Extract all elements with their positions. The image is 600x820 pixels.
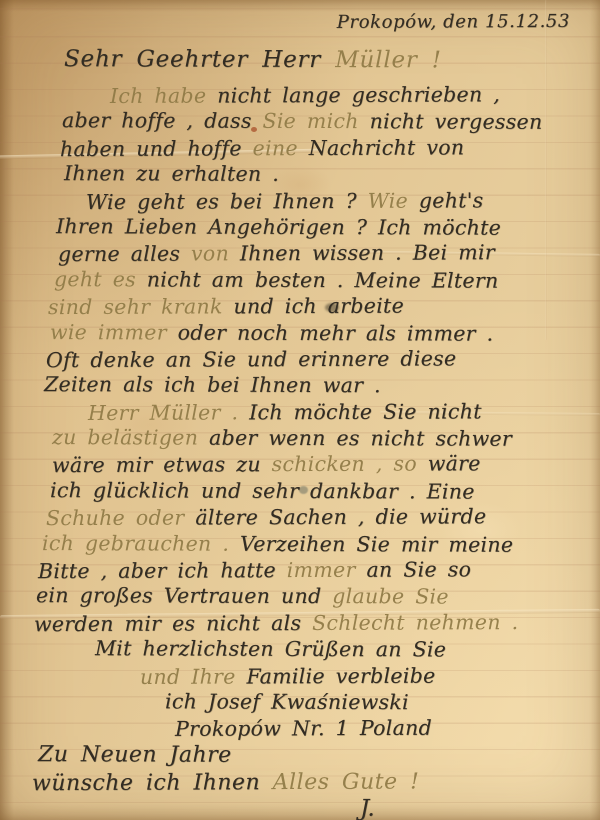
- letter-text-segment: Schuhe oder: [46, 506, 195, 531]
- letter-text-segment: Schlecht nehmen .: [312, 610, 518, 635]
- letter-line: Mit herzlichsten Grüßen an Sie: [95, 635, 570, 663]
- letter-line: ich gebrauchen . Verzeihen Sie mir meine: [42, 530, 570, 558]
- letter-text-segment: werden mir es nicht als: [34, 611, 312, 636]
- letter-text-segment: Sehr Geehrter Herr: [64, 46, 335, 73]
- letter-line: und Ihre Familie verbleibe: [140, 662, 570, 690]
- letter-text-segment: nicht lange geschrieben ,: [217, 82, 500, 107]
- letter-text-segment: wünsche ich Ihnen: [32, 770, 273, 796]
- salutation-line: Sehr Geehrter Herr Müller !: [64, 37, 570, 83]
- letter-text-segment: ich glücklich und sehr dankbar . Eine: [50, 478, 475, 503]
- letter-line: zu belästigen aber wenn es nicht schwer: [52, 424, 570, 452]
- letter-line: werden mir es nicht als Schlecht nehmen …: [34, 609, 570, 638]
- letter-line: haben und hoffe eine Nachricht von: [60, 134, 570, 163]
- postscript-line: Zu Neuen Jahre: [38, 741, 570, 770]
- letter-text-segment: nicht vergessen: [359, 110, 543, 135]
- letter-line: ich Josef Kwaśniewski: [165, 688, 570, 716]
- letter-text-segment: Ich möchte Sie nicht: [249, 399, 482, 424]
- letter-text-segment: Zu Neuen Jahre: [38, 742, 232, 768]
- letter-line: Zeiten als ich bei Ihnen war .: [44, 371, 570, 399]
- letter-text-segment: ältere Sachen , die würde: [195, 504, 486, 529]
- letter-text-segment: Nachricht von: [309, 135, 465, 160]
- letter-text-segment: aber hoffe , dass: [62, 109, 263, 134]
- letter-text-segment: an Sie so: [366, 557, 471, 581]
- letter-text-segment: immer: [287, 558, 367, 582]
- letter-text-segment: haben und hoffe: [60, 136, 253, 161]
- letter-text-segment: wäre: [428, 452, 481, 476]
- letter-text-segment: Herr Müller .: [88, 400, 249, 425]
- letter-line: Bitte , aber ich hatte immer an Sie so: [38, 556, 570, 585]
- letter-text-segment: Verzeihen Sie mir meine: [240, 531, 513, 556]
- letter-text-segment: schicken , so: [272, 452, 428, 477]
- letter-line: sind sehr krank und ich arbeite: [48, 292, 570, 321]
- letter-text-segment: Ihnen wissen . Bei mir: [240, 241, 495, 266]
- letter-line: gerne alles von Ihnen wissen . Bei mir: [58, 239, 570, 268]
- letter-text-segment: oder noch mehr als immer .: [178, 320, 494, 345]
- postscript-line: wünsche ich Ihnen Alles Gute !: [32, 768, 570, 797]
- letter-text-segment: gerne alles: [58, 242, 191, 267]
- letter-text-segment: Oft denke an Sie und erinnere diese: [46, 346, 456, 372]
- letter-line: geht es nicht am besten . Meine Eltern: [54, 266, 570, 294]
- letter-line: Ihren Lieben Angehörigen ? Ich möchte: [56, 213, 570, 241]
- letter-text-segment: glaube Sie: [332, 585, 449, 609]
- letter-line: Prokopów Nr. 1 Poland: [175, 715, 570, 743]
- letter-text-segment: J.: [360, 795, 375, 820]
- letter-text-segment: Ihren Lieben Angehörigen ? Ich möchte: [56, 214, 501, 240]
- letter-text-segment: sind sehr krank: [48, 294, 234, 319]
- letter-text-segment: Zeiten als ich bei Ihnen war .: [44, 372, 381, 397]
- letter-text-segment: Prokopów Nr. 1 Poland: [175, 716, 432, 741]
- letter-line: Wie geht es bei Ihnen ? Wie geht's: [86, 187, 570, 216]
- letter-content: Prokopów, den 15.12.53Sehr Geehrter Herr…: [0, 0, 600, 820]
- letter-text-segment: geht es: [54, 267, 147, 291]
- letter-line: Ich habe nicht lange geschrieben ,: [110, 81, 570, 109]
- letter-line: wäre mir etwas zu schicken , so wäre: [52, 450, 570, 479]
- letter-text-segment: Bitte , aber ich hatte: [38, 558, 287, 583]
- letter-line: Herr Müller . Ich möchte Sie nicht: [88, 398, 570, 426]
- letter-text-segment: Ihnen zu erhalten .: [64, 161, 279, 186]
- letter-text-segment: Mit herzlichsten Grüßen an Sie: [95, 636, 446, 661]
- letter-text-segment: und Ihre: [140, 664, 247, 688]
- letter-text-segment: zu belästigen: [52, 425, 209, 450]
- letter-text-segment: Müller !: [335, 47, 442, 73]
- letter-line: Oft denke an Sie und erinnere diese: [46, 345, 570, 374]
- place-date-line: Prokopów, den 15.12.53: [58, 7, 570, 39]
- letter-line: ich glücklich und sehr dankbar . Eine: [50, 477, 570, 505]
- letter-line: ein großes Vertrauen und glaube Sie: [36, 582, 570, 610]
- letter-text-segment: wäre mir etwas zu: [52, 453, 272, 478]
- letter-text-segment: und ich arbeite: [233, 294, 404, 319]
- letter-text-segment: Ich habe: [110, 84, 217, 108]
- letter-text-segment: ein großes Vertrauen und: [36, 583, 332, 608]
- letter-text-segment: ich gebrauchen .: [42, 531, 240, 556]
- letter-text-segment: nicht am besten . Meine Eltern: [147, 267, 499, 292]
- scanned-letter-page: Prokopów, den 15.12.53Sehr Geehrter Herr…: [0, 0, 600, 820]
- letter-line: Ihnen zu erhalten .: [64, 160, 570, 188]
- letter-text-segment: ich Josef Kwaśniewski: [165, 689, 409, 714]
- letter-line: wie immer oder noch mehr als immer .: [50, 319, 570, 347]
- letter-text-segment: Wie: [368, 188, 419, 212]
- signature-initial: J.: [360, 795, 570, 820]
- letter-line: aber hoffe , dass Sie mich nicht vergess…: [62, 108, 570, 136]
- letter-text-segment: geht's: [419, 188, 484, 212]
- letter-text-segment: Sie mich: [262, 109, 358, 133]
- letter-text-segment: Familie verbleibe: [246, 663, 435, 688]
- letter-text-segment: aber wenn es nicht schwer: [209, 426, 512, 451]
- letter-text-segment: Prokopów, den 15.12.53: [337, 11, 570, 33]
- letter-line: Schuhe oder ältere Sachen , die würde: [46, 503, 570, 532]
- letter-text-segment: wie immer: [50, 320, 178, 344]
- letter-text-segment: Wie geht es bei Ihnen ?: [86, 188, 368, 213]
- letter-text-segment: von: [191, 242, 240, 266]
- letter-text-segment: Alles Gute !: [273, 769, 420, 795]
- letter-text-segment: eine: [253, 136, 309, 160]
